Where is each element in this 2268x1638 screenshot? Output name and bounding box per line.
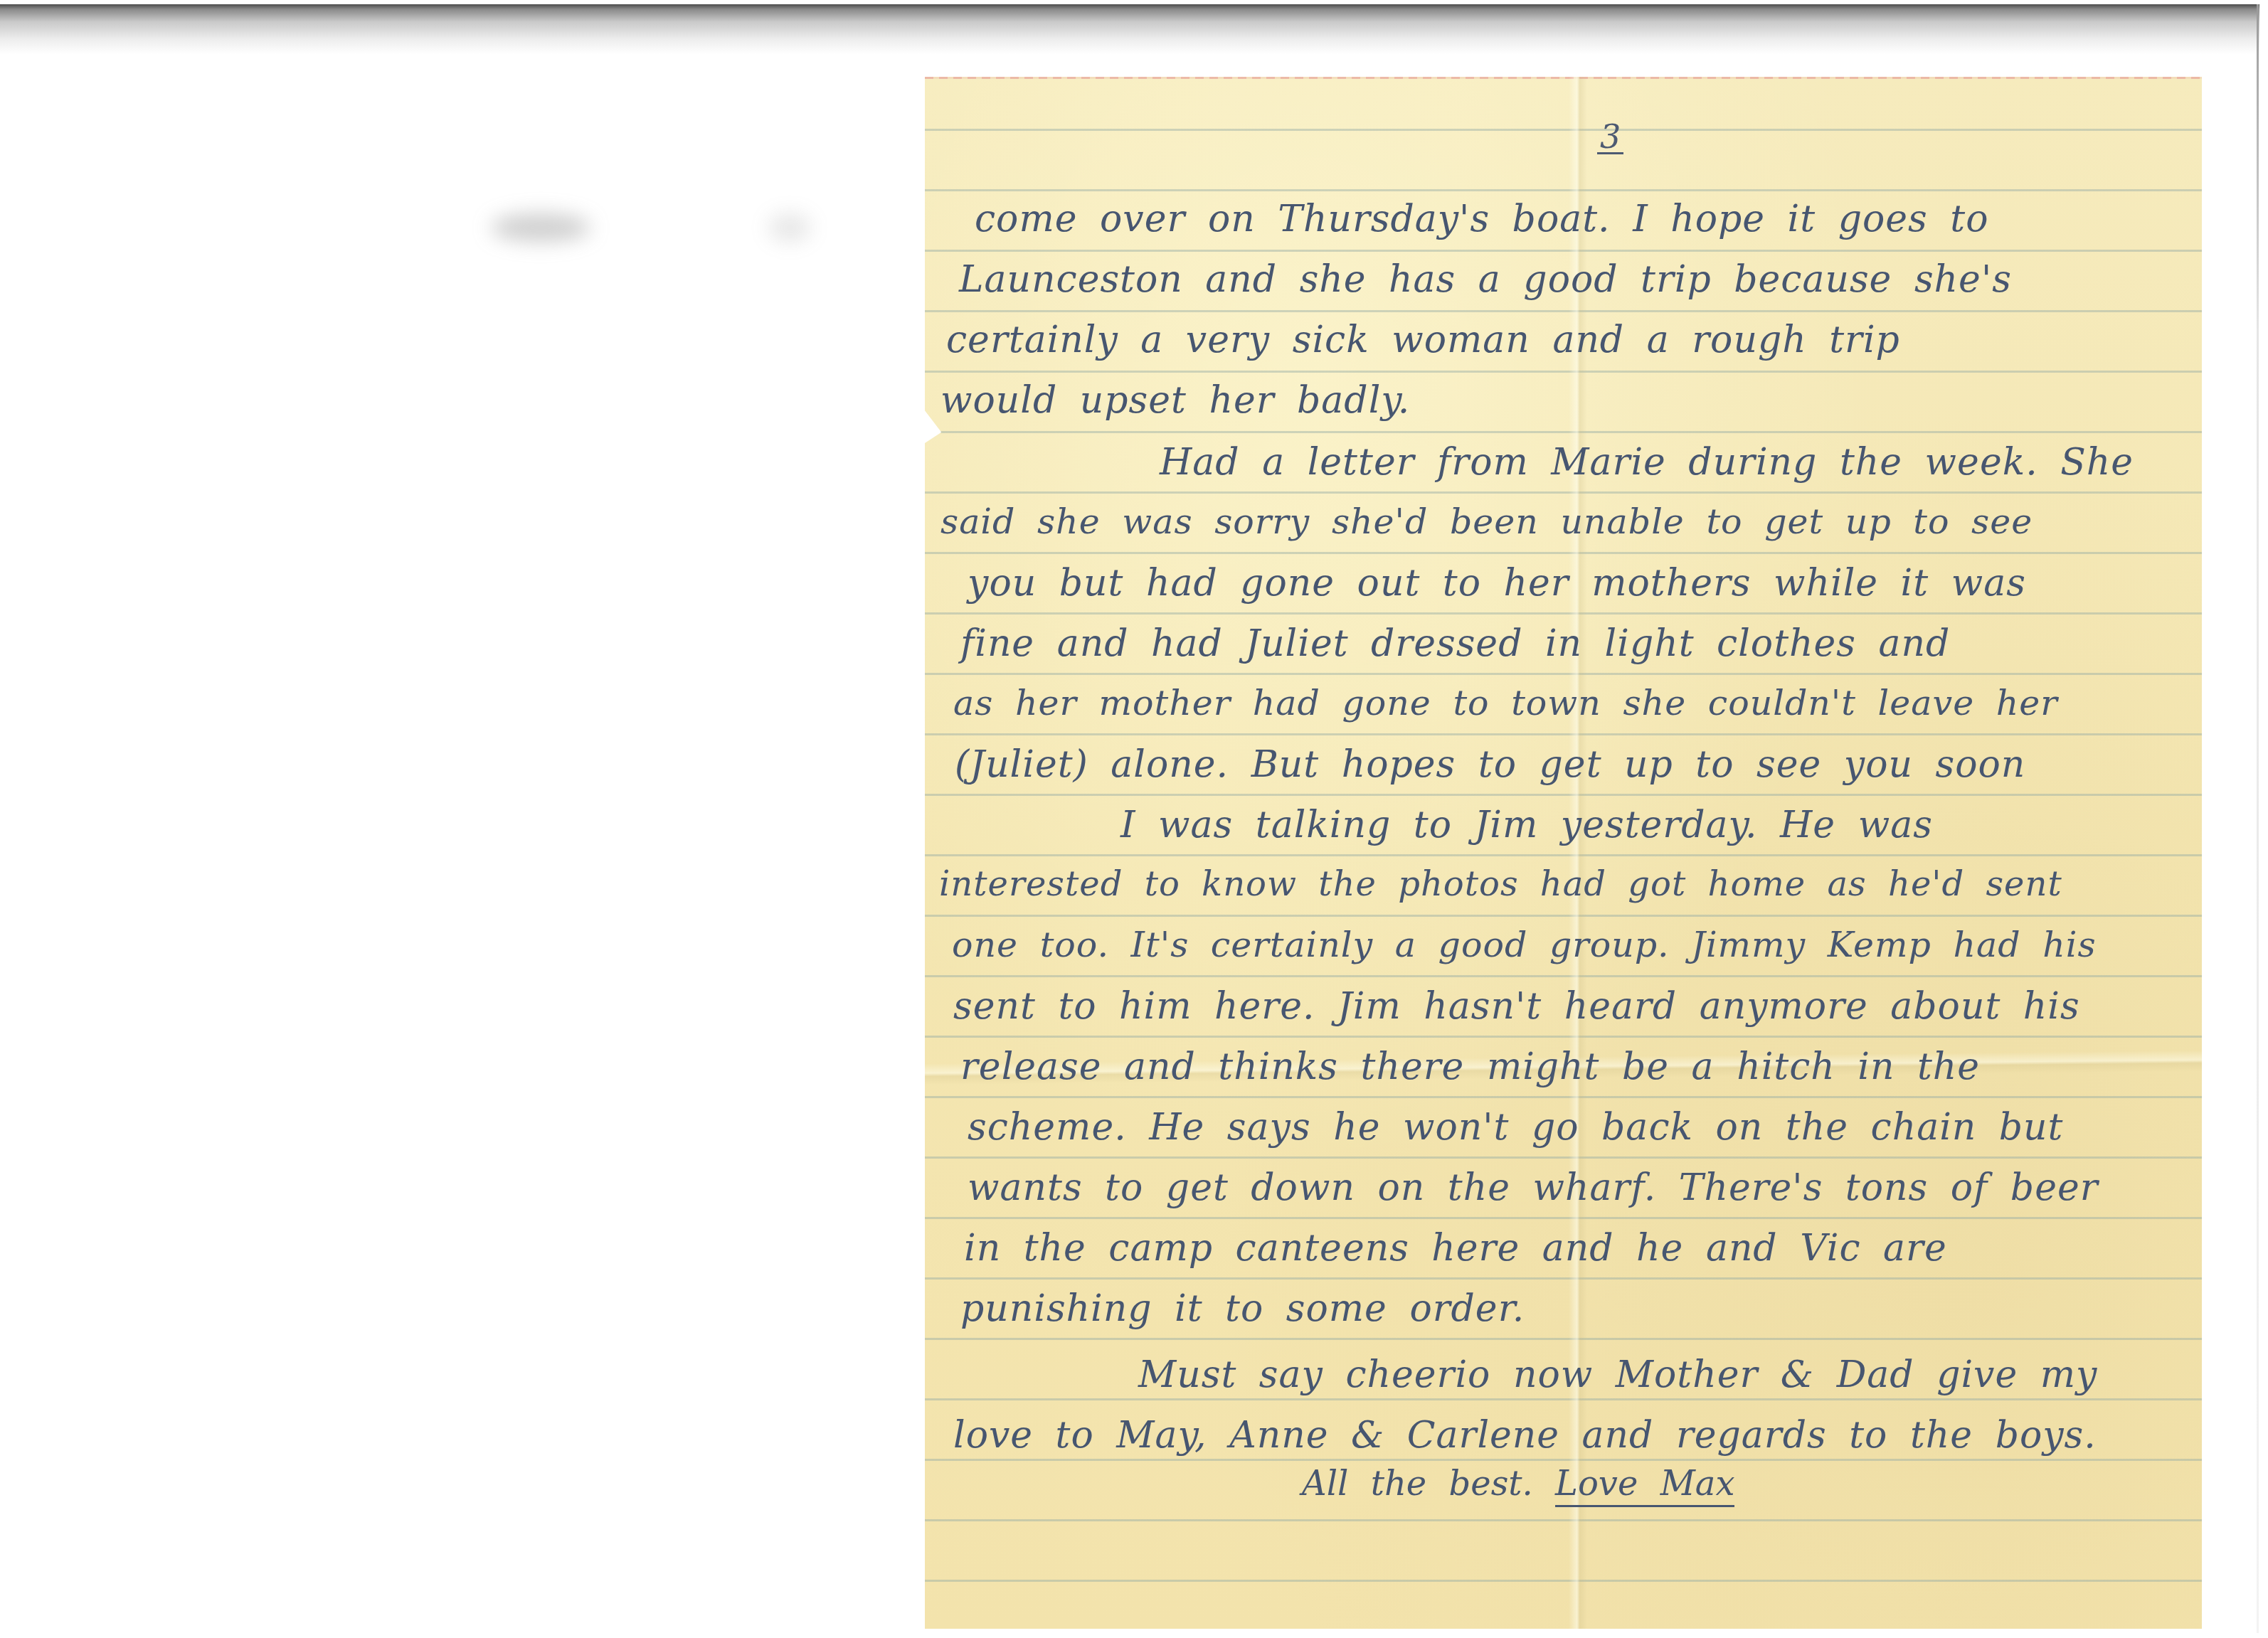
closing-line: All the best. Love Max [1302, 1464, 1734, 1504]
letter-line: sent to him here. Jim hasn't heard anymo… [953, 985, 2080, 1028]
letter-line: interested to know the photos had got ho… [939, 864, 2062, 904]
letter-line: (Juliet) alone. But hopes to get up to s… [955, 743, 2025, 786]
letter-line: punishing it to some order. [960, 1287, 1525, 1330]
closing-text: All the best. [1302, 1464, 1533, 1504]
letter-line: in the camp canteens here and he and Vic… [964, 1227, 1947, 1270]
letter-line: wants to get down on the wharf. There's … [968, 1166, 2099, 1209]
letter-line: come over on Thursday's boat. I hope it … [975, 198, 1988, 240]
letter-line: you but had gone out to her mothers whil… [968, 562, 2026, 605]
letter-line: scheme. He says he won't go back on the … [968, 1106, 2064, 1149]
letter-line: one too. It's certainly a good group. Ji… [952, 925, 2097, 965]
scanner-top-shadow [0, 4, 2259, 54]
letter-line: release and thinks there might be a hitc… [960, 1046, 1980, 1088]
letter-line: said she was sorry she'd been unable to … [940, 501, 2033, 542]
letter-line: love to May, Anne & Carlene and regards … [953, 1414, 2097, 1457]
letter-line: as her mother had gone to town she could… [953, 683, 2058, 723]
scan-smudge [491, 213, 590, 242]
letter-line: would upset her badly. [940, 379, 1410, 422]
scan-smudge [768, 213, 811, 242]
letter-line: certainly a very sick woman and a rough … [946, 319, 1900, 361]
letter-line: fine and had Juliet dressed in light clo… [960, 622, 1950, 665]
letter-line: Launceston and she has a good trip becau… [959, 258, 2012, 301]
letter-line: Must say cheerio now Mother & Dad give m… [1138, 1354, 2097, 1396]
signature: Love Max [1555, 1464, 1734, 1507]
letter-line: I was talking to Jim yesterday. He was [1120, 804, 1933, 846]
page-number: 3 [1597, 121, 1623, 154]
letter-page: 3 come over on Thursday's boat. I hope i… [925, 77, 2202, 1629]
letter-line: Had a letter from Marie during the week.… [1160, 441, 2134, 484]
scanner-right-edge [2257, 4, 2259, 1633]
